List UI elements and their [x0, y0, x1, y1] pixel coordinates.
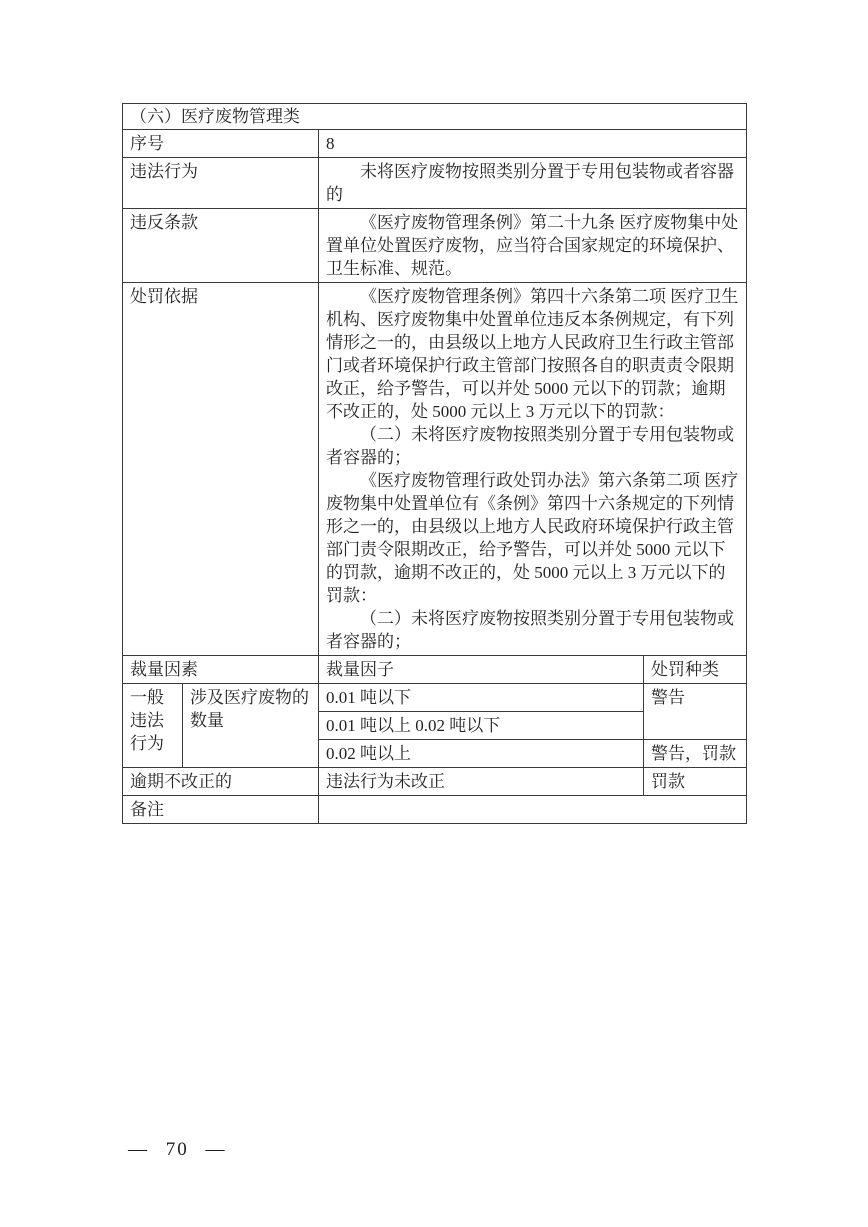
overdue-label: 逾期不改正的 — [123, 768, 319, 796]
remark-row: 备注 — [123, 796, 747, 824]
illegal-act-row: 违法行为 未将医疗废物按照类别分置于专用包装物或者容器的 — [123, 158, 747, 209]
penalty-basis-paragraph-1: 《医疗废物管理条例》第四十六条第二项 医疗卫生机构、医疗废物集中处置单位违反本条… — [326, 285, 739, 423]
violated-clause-text: 《医疗废物管理条例》第二十九条 医疗废物集中处置单位处置医疗废物，应当符合国家规… — [326, 211, 739, 280]
violated-clause-value: 《医疗废物管理条例》第二十九条 医疗废物集中处置单位处置医疗废物，应当符合国家规… — [319, 209, 747, 283]
tier-range-1: 0.01 吨以下 — [319, 684, 644, 712]
penalty-basis-label: 处罚依据 — [123, 283, 319, 656]
penalty-basis-value: 《医疗废物管理条例》第四十六条第二项 医疗卫生机构、医疗废物集中处置单位违反本条… — [319, 283, 747, 656]
table-title: （六）医疗废物管理类 — [123, 104, 747, 130]
discretion-factor-header: 裁量因素 — [123, 656, 319, 684]
general-violation-criterion: 涉及医疗废物的数量 — [183, 684, 319, 768]
serial-label: 序号 — [123, 130, 319, 158]
discretion-penalty-header: 处罚种类 — [644, 656, 747, 684]
document-page: （六）医疗废物管理类 序号 8 违法行为 未将医疗废物按照类别分置于专用包装物或… — [0, 0, 868, 1227]
illegal-act-text: 未将医疗废物按照类别分置于专用包装物或者容器的 — [326, 160, 739, 206]
remark-value — [319, 796, 747, 824]
serial-row: 序号 8 — [123, 130, 747, 158]
penalty-basis-paragraph-4: （二）未将医疗废物按照类别分置于专用包装物或者容器的； — [326, 607, 739, 653]
page-number: — 70 — — [128, 1139, 227, 1161]
discretion-subfactor-header: 裁量因子 — [319, 656, 644, 684]
tier-range-3: 0.02 吨以上 — [319, 740, 644, 768]
discretion-header-row: 裁量因素 裁量因子 处罚种类 — [123, 656, 747, 684]
illegal-act-label: 违法行为 — [123, 158, 319, 209]
tier-penalty-1: 警告 — [644, 684, 747, 740]
violated-clause-label: 违反条款 — [123, 209, 319, 283]
penalty-basis-paragraph-3: 《医疗废物管理行政处罚办法》第六条第二项 医疗废物集中处置单位有《条例》第四十六… — [326, 469, 739, 607]
discretion-tier-row: 一般违法行为 涉及医疗废物的数量 0.01 吨以下 警告 — [123, 684, 747, 712]
tier-range-2: 0.01 吨以上 0.02 吨以下 — [319, 712, 644, 740]
penalty-basis-row: 处罚依据 《医疗废物管理条例》第四十六条第二项 医疗卫生机构、医疗废物集中处置单… — [123, 283, 747, 656]
general-violation-category: 一般违法行为 — [123, 684, 183, 768]
remark-label: 备注 — [123, 796, 319, 824]
illegal-act-value: 未将医疗废物按照类别分置于专用包装物或者容器的 — [319, 158, 747, 209]
table-title-row: （六）医疗废物管理类 — [123, 104, 747, 130]
penalty-discretion-table: （六）医疗废物管理类 序号 8 违法行为 未将医疗废物按照类别分置于专用包装物或… — [122, 103, 747, 824]
tier-penalty-3: 警告，罚款 — [644, 740, 747, 768]
overdue-factor: 违法行为未改正 — [319, 768, 644, 796]
penalty-basis-paragraph-2: （二）未将医疗废物按照类别分置于专用包装物或者容器的； — [326, 423, 739, 469]
serial-value: 8 — [319, 130, 747, 158]
overdue-penalty: 罚款 — [644, 768, 747, 796]
overdue-row: 逾期不改正的 违法行为未改正 罚款 — [123, 768, 747, 796]
violated-clause-row: 违反条款 《医疗废物管理条例》第二十九条 医疗废物集中处置单位处置医疗废物，应当… — [123, 209, 747, 283]
